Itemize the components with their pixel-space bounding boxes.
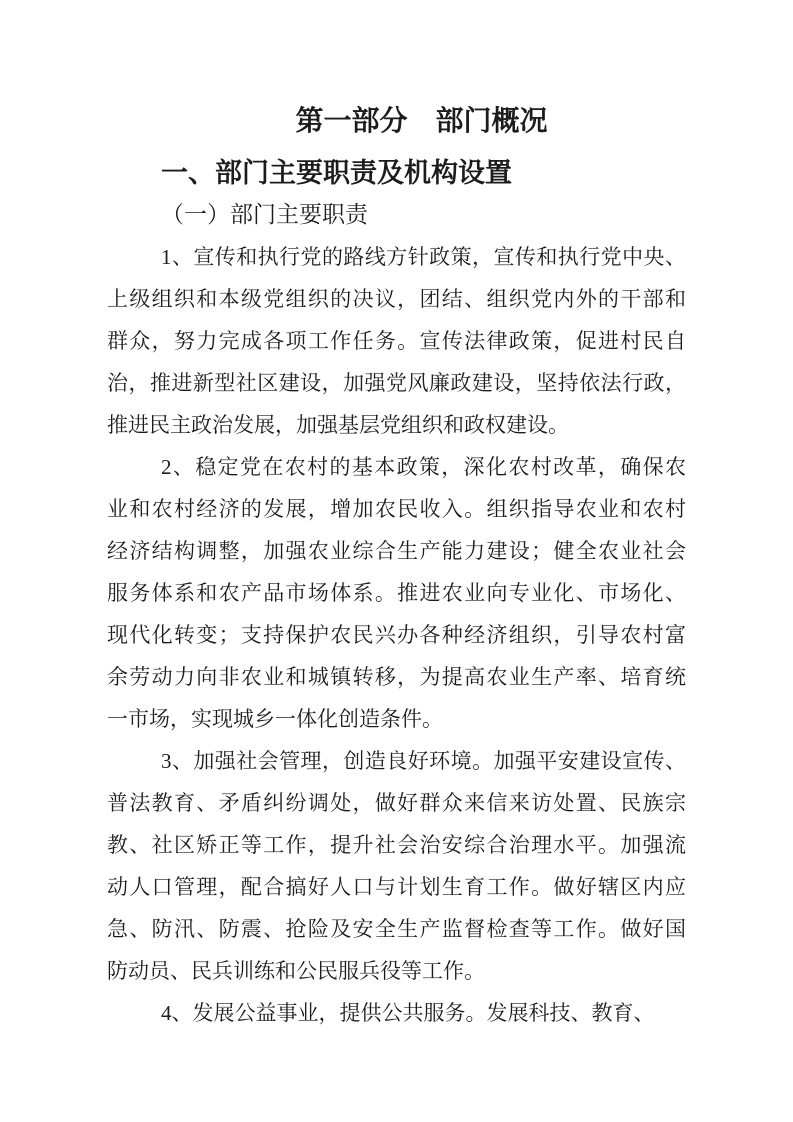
paragraph-line: 业和农村经济的发展，增加农民收入。组织指导农业和农村 [107, 488, 686, 530]
paragraph-line: 推进民主政治发展，加强基层党组织和政权建设。 [107, 404, 686, 446]
subsection-heading: （一）部门主要职责 [107, 194, 686, 236]
paragraph-line: 普法教育、矛盾纠纷调处，做好群众来信来访处置、民族宗 [107, 782, 686, 824]
paragraph-4: 4、发展公益事业，提供公共服务。发展科技、教育、 [107, 992, 686, 1034]
paragraph-line: 4、发展公益事业，提供公共服务。发展科技、教育、 [107, 992, 686, 1034]
page-title: 第一部分 部门概况 [132, 100, 711, 142]
paragraph-line: 上级组织和本级党组织的决议，团结、组织党内外的干部和 [107, 278, 686, 320]
paragraph-line: 3、加强社会管理，创造良好环境。加强平安建设宣传、 [107, 740, 686, 782]
paragraph-3: 3、加强社会管理，创造良好环境。加强平安建设宣传、普法教育、矛盾纠纷调处，做好群… [107, 740, 686, 992]
paragraph-line: 教、社区矫正等工作，提升社会治安综合治理水平。加强流 [107, 824, 686, 866]
section-heading: 一、部门主要职责及机构设置 [107, 152, 686, 194]
paragraph-line: 1、宣传和执行党的路线方针政策，宣传和执行党中央、 [107, 236, 686, 278]
paragraph-line: 群众，努力完成各项工作任务。宣传法律政策，促进村民自 [107, 320, 686, 362]
paragraph-line: 服务体系和农产品市场体系。推进农业向专业化、市场化、 [107, 572, 686, 614]
paragraph-line: 动人口管理，配合搞好人口与计划生育工作。做好辖区内应 [107, 866, 686, 908]
paragraph-line: 急、防汛、防震、抢险及安全生产监督检查等工作。做好国 [107, 908, 686, 950]
paragraph-1: 1、宣传和执行党的路线方针政策，宣传和执行党中央、上级组织和本级党组织的决议，团… [107, 236, 686, 446]
paragraph-2: 2、稳定党在农村的基本政策，深化农村改革，确保农业和农村经济的发展，增加农民收入… [107, 446, 686, 740]
paragraph-line: 余劳动力向非农业和城镇转移，为提高农业生产率、培育统 [107, 656, 686, 698]
document-page: 第一部分 部门概况 一、部门主要职责及机构设置 （一）部门主要职责 1、宣传和执… [0, 0, 793, 1122]
paragraph-line: 经济结构调整，加强农业综合生产能力建设；健全农业社会 [107, 530, 686, 572]
paragraph-line: 2、稳定党在农村的基本政策，深化农村改革，确保农 [107, 446, 686, 488]
document-body: 1、宣传和执行党的路线方针政策，宣传和执行党中央、上级组织和本级党组织的决议，团… [107, 236, 686, 1034]
paragraph-line: 现代化转变；支持保护农民兴办各种经济组织，引导农村富 [107, 614, 686, 656]
paragraph-line: 治，推进新型社区建设，加强党风廉政建设，坚持依法行政， [107, 362, 686, 404]
paragraph-line: 防动员、民兵训练和公民服兵役等工作。 [107, 950, 686, 992]
paragraph-line: 一市场，实现城乡一体化创造条件。 [107, 698, 686, 740]
